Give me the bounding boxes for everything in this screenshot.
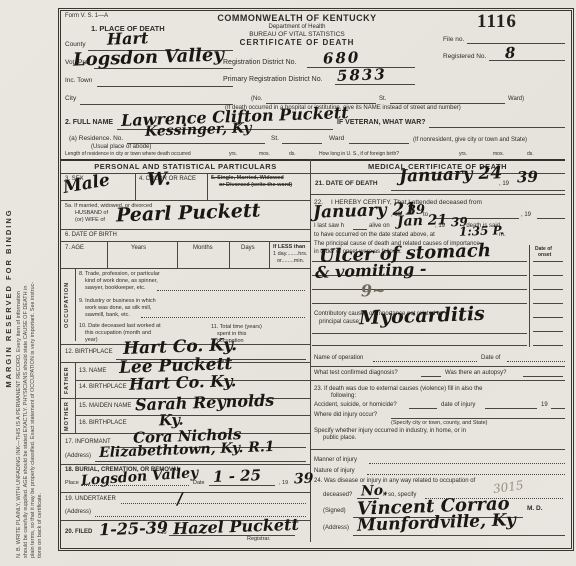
injury-year-blank [551,408,565,409]
cell-divider-race-marital [207,173,208,200]
last-saw-text-2: alive on [369,223,390,230]
mother-birthplace-label: 16. BIRTHPLACE [79,420,127,427]
margin-line-1: N. B. WRITE PLAINLY, WITH UNFADING INK—T… [16,10,23,558]
mother-side-divider [75,398,76,434]
form-code: Form V. S. 1—A [65,13,108,20]
registrar-label: Registrar. [247,536,271,542]
occ10-line2: this occupation (month and [85,330,151,336]
marital-label-line1: 5. Single, Married, Widowed [211,175,284,181]
contributory-value: Myocarditis [359,305,485,328]
length-mos: mos. [259,152,270,158]
external-causes-text-2: following: [331,393,356,400]
department-subtitle: Department of Health [207,24,387,31]
margin-binding-note: MARGIN RESERVED FOR BINDING [4,148,13,448]
foreign-mos: mos. [493,152,504,158]
occ9-line3: sawmill, bank, etc. [85,312,130,318]
injury-19: 19 [541,402,548,409]
mother-name-label: 15. MAIDEN NAME [79,403,131,410]
file-no-blank [467,43,565,44]
occurred-time: 1:35 P. [459,224,504,238]
length-ds: ds. [289,152,296,158]
manner-of-injury-blank [369,463,565,464]
scanned-death-certificate: MARGIN RESERVED FOR BINDING N. B. WRITE … [0,0,576,566]
occurred-m: m. [499,232,506,239]
onset-label-2: onset [538,253,551,259]
registration-district-label: Registration District No. [223,59,297,67]
contributory-rule-2 [312,345,527,346]
personal-title: PERSONAL AND STATISTICAL PARTICULARS [61,163,310,171]
informant-address-value: Elizabethtown, Ky. R.1 [99,440,275,460]
length-yrs: yrs. [229,152,237,158]
inc-town-label: Inc. Town [65,77,92,84]
precinct-value: Logsdon Valley [73,46,224,69]
county-label: County [65,41,86,48]
foreign-yrs: yrs. [459,152,467,158]
spouse-label-line3: (or) WIFE of [75,217,105,223]
registrar-signature-blank [169,535,295,536]
accident-blank [409,408,437,409]
primary-district-value: 5833 [337,67,387,84]
specify-injury-blank [310,449,565,450]
burial-year-prefix: , 19 [279,480,288,486]
informant-address-label: (Address) [65,453,91,460]
mother-birthplace-value: Ky. [159,413,184,429]
where-injury-note: (Specify city or town, county, and State… [391,420,488,426]
filed-date-value: 1-25-39 [99,520,168,538]
foreign-ds: ds. [527,152,534,158]
residence-ward-blank [349,143,409,144]
operation-date-label: Date of [481,355,500,362]
nature-of-injury-blank [367,474,565,475]
cause-rule-3 [312,289,527,290]
st-label: St. [379,96,386,103]
autopsy-label: Was there an autopsy? [445,370,506,377]
occ9-blank [141,317,305,318]
age-divider-1 [107,241,108,268]
length-residence-label: Length of residence in city or town wher… [65,152,191,158]
where-injury-label: Where did injury occur? [314,412,377,419]
occ9-line2: work was done, as silk mill, [85,305,151,311]
specify-injury-text-2: public place. [323,435,356,442]
rule-under-spouse [61,229,310,230]
onset-rule-6 [533,331,563,332]
md-suffix: M. D. [527,505,543,512]
residence-ward-label: Ward [329,135,344,142]
spouse-value: Pearl Puckett [116,201,261,225]
residence-value: Kessinger, Ky [145,121,252,139]
test-blank [421,376,441,377]
rule-under-burial [61,492,310,493]
inc-town-blank [97,86,233,87]
date-of-death-value: January 24 [399,165,503,186]
physician-address-label: (Address) [323,525,349,532]
age-divider-2 [177,241,178,268]
full-name-label: 2. FULL NAME [65,119,113,127]
occupation-side-label: OCCUPATION [64,273,70,337]
physician-address-value: Munfordville, Ky [357,512,516,535]
header-divider [61,159,565,161]
primary-district-label: Primary Registration District No. [223,76,323,84]
last-saw-text-1: I last saw h [314,223,344,230]
onset-rule-5 [533,317,563,318]
rule-under-age [61,268,310,269]
age-months-label: Months [193,245,213,252]
birthplace-label: 12. BIRTHPLACE [65,349,113,356]
father-birthplace-label: 14. BIRTHPLACE [79,384,127,391]
age-less-label-2: 1 day........hrs. [273,251,307,257]
where-injury-blank [391,418,565,419]
undertaker-blank [121,503,306,504]
operation-date-blank [507,361,565,362]
commonwealth-title: COMMONWEALTH OF KENTUCKY [207,14,387,24]
burial-place-blank [81,485,189,486]
physician-address-blank [353,535,565,536]
burial-date-blank [209,485,275,486]
cause-rule-4 [312,303,527,304]
race-value: W. [147,171,171,190]
occ8-blank [157,290,305,291]
injury-date-label: date of injury [441,402,475,409]
occ8-line3: sawyer, bookkeeper, etc. [85,285,146,291]
file-no-label: File no. [443,36,464,43]
external-causes-text-1: 23. If death was due to external causes … [314,386,482,393]
informant-address-blank [95,461,306,462]
date-of-death-label: 21. DATE OF DEATH [315,180,378,187]
onset-rule-3 [533,289,563,290]
father-side-label: FATHER [64,364,70,396]
registration-district-value: 680 [323,50,361,66]
rule-under-test [310,380,565,381]
attended-to-19: , 19 [521,212,531,219]
manner-of-injury-label: Manner of injury [314,457,357,464]
specify-injury-text-1: Specify whether injury occurred in indus… [314,428,466,435]
cause-of-death-line2: & vomiting - [315,261,427,281]
autopsy-blank [523,376,563,377]
margin-line-3: plain terms, so that it may be properly … [30,10,37,558]
burial-place-label: Place [65,480,79,486]
test-label: What test confirmed diagnosis? [314,370,398,377]
onset-column-divider [529,245,530,347]
age-years-label: Years [131,245,146,252]
occ9-line1: 9. Industry or business in which [79,298,156,304]
county-value: Hart [107,30,149,47]
age-divider-4 [269,241,270,268]
occurred-text: to have occurred on the date stated abov… [314,232,435,239]
foreign-birth-label: How long in U. S., if of foreign birth? [319,152,399,158]
father-birthplace-value: Hart Co. Ky. [129,373,237,393]
dob-label: 6. DATE OF BIRTH [65,232,117,239]
mother-side-label: MOTHER [64,400,70,432]
attended-to-year-blank [537,218,565,219]
rule-under-dob [61,241,310,242]
no-label: (No. [251,96,262,103]
contributory-rule-1 [312,333,527,334]
onset-rule-1 [533,261,563,262]
residence-st-label: St. [271,135,279,142]
occ10-line3: year) [85,337,98,343]
occupation-side-divider [75,268,76,341]
operation-blank [373,361,477,362]
occ11-line1: 11. Total time (years) [211,324,262,330]
veteran-blank [429,127,565,128]
undertaker-mark: / [177,491,183,507]
age-divider-3 [229,241,230,268]
occupation-question-text: 24. Was disease or injury in any way rel… [314,478,475,485]
injury-date-blank [485,408,537,409]
undertaker-address-label: (Address) [65,509,91,516]
registered-no-label: Registered No. [443,53,486,60]
mother-name-value: Sarah Reynolds [135,393,275,414]
certificate-serial-number: 1116 [477,11,517,33]
rule-under-row345 [61,200,310,201]
sex-value: Male [62,172,111,197]
certificate-form-border: Form V. S. 1—A 1. PLACE OF DEATH County … [58,8,574,551]
rule-under-operation [310,366,565,367]
certificate-title: CERTIFICATE OF DEATH [207,39,387,48]
abode-note: (Usual place of abode) [91,144,151,151]
burial-date-value: 1 - 25 [213,468,261,485]
registered-no-blank [489,60,565,61]
age-label: 7. AGE [65,245,84,252]
occ8-line2: kind of work done, as spinner, [85,278,158,284]
registered-no-value: 8 [505,46,516,61]
age-less-label-3: or........min. [277,258,304,264]
nature-of-injury-label: Nature of injury [314,468,355,475]
city-label: City [65,95,76,102]
operation-label: Name of operation [314,355,363,362]
onset-rule-2 [533,275,563,276]
undertaker-label: 19. UNDERTAKER [65,496,116,503]
ward-label: Ward) [508,96,524,103]
margin-line-4: tions on back of certificate. [37,10,44,558]
last-saw-19: , 19 [435,223,445,230]
rule-under-dod [310,194,565,195]
spouse-label-line2: HUSBAND of [75,210,108,216]
filed-label: 20. FILED [65,529,92,536]
cause-scribble: 9~ [361,283,386,300]
cell-divider-sex-race [135,173,136,200]
accident-label: Accident, suicide, or homicide? [314,402,397,409]
contributory-text-2: principal cause: [319,319,361,326]
signed-label: (Signed) [323,508,346,515]
date-of-death-year: 39 [517,170,538,186]
onset-rule-4 [533,303,563,304]
occ10-line1: 10. Date deceased last worked at [79,323,161,329]
residence-st-blank [282,143,322,144]
rule-under-mother-name [75,415,310,416]
burial-year-value: 39 [294,472,314,487]
date-of-death-19: , 19 [499,181,509,188]
father-name-label: 13. NAME [79,368,106,375]
margin-line-2: should be carefully supplied. AGE should… [23,10,30,558]
deceased-label: deceased? [323,492,352,499]
marital-label-line2: or Divorced (write the word) [219,182,292,188]
date-of-death-blank [391,190,565,191]
veteran-label: IF VETERAN, WHAT WAR? [337,119,426,127]
residence-label: (a) Residence. No. [69,135,123,142]
last-saw-him-blank [353,229,367,230]
st-blank [390,103,505,104]
margin-instructions: N. B. WRITE PLAINLY, WITH UNFADING INK—T… [16,10,44,558]
filed-year-prefix: 19 [161,531,167,537]
burial-date-label: Date [193,480,205,486]
age-days-label: Days [241,245,255,252]
occ8-line1: 8. Trade, profession, or particular [79,271,160,277]
nonresident-note: (If nonresident, give city or town and S… [413,137,527,144]
age-less-label-1: If LESS than [273,244,305,250]
city-blank [80,104,233,105]
onset-rule-7 [533,345,563,346]
